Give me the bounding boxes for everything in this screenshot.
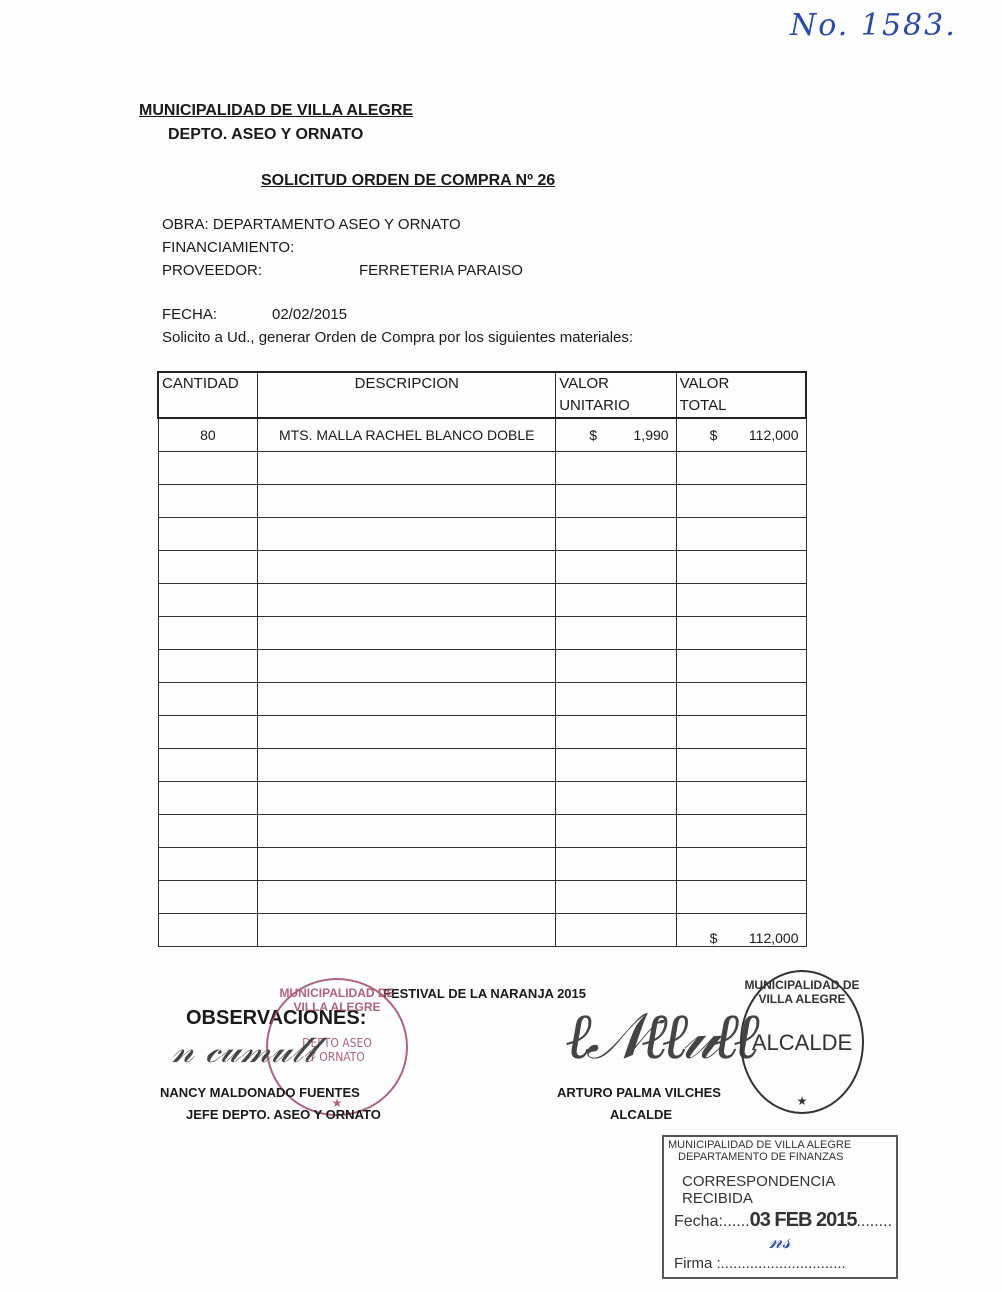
empty-cell [676, 485, 806, 518]
empty-cell [676, 551, 806, 584]
empty-cell [556, 881, 676, 914]
empty-cell [258, 782, 556, 815]
materials-table: CANTIDAD DESCRIPCION VALOR UNITARIO VALO… [157, 371, 807, 947]
empty-cell [258, 881, 556, 914]
fecha-value: 02/02/2015 [272, 306, 347, 323]
handwritten-document-number: No. 1583. [790, 8, 957, 43]
empty-cell [258, 914, 556, 947]
cell-valor-total: $112,000 [676, 418, 806, 452]
empty-cell [556, 485, 676, 518]
empty-cell [676, 782, 806, 815]
empty-cell [676, 749, 806, 782]
stamp-heading: CORRESPONDENCIA RECIBIDA [682, 1173, 896, 1207]
empty-cell [556, 683, 676, 716]
table-row-empty [158, 617, 806, 650]
table-row-empty [158, 749, 806, 782]
empty-cell [676, 848, 806, 881]
table-row-empty [158, 584, 806, 617]
table-header-row: CANTIDAD DESCRIPCION VALOR UNITARIO VALO… [158, 372, 806, 418]
empty-cell [556, 452, 676, 485]
cell-cantidad: 80 [158, 418, 258, 452]
empty-cell [258, 518, 556, 551]
received-stamp: MUNICIPALIDAD DE VILLA ALEGRE DEPARTAMEN… [662, 1135, 898, 1279]
signatory-2-name: ARTURO PALMA VILCHES [557, 1085, 721, 1100]
signatory-1-name: NANCY MALDONADO FUENTES [160, 1085, 360, 1100]
table-row-empty [158, 815, 806, 848]
empty-cell [676, 617, 806, 650]
empty-cell [556, 716, 676, 749]
empty-cell [258, 716, 556, 749]
table-row-empty [158, 452, 806, 485]
table-row-empty [158, 485, 806, 518]
empty-cell [676, 650, 806, 683]
header-valor-total-line1: VALOR [680, 375, 730, 392]
department-heading: DEPTO. ASEO Y ORNATO [168, 126, 363, 144]
star-icon: ★ [742, 1094, 862, 1108]
empty-cell [556, 650, 676, 683]
empty-cell [158, 815, 258, 848]
currency-symbol: $ [589, 427, 597, 443]
empty-cell [158, 551, 258, 584]
table-row-empty [158, 782, 806, 815]
grand-total-row: $112,000 [158, 914, 806, 947]
table-row: 80 MTS. MALLA RACHEL BLANCO DOBLE $1,990… [158, 418, 806, 452]
stamp-firma: Firma :.............................. [674, 1255, 846, 1272]
empty-cell [556, 848, 676, 881]
stamp-initials: 𝓃𝓈 [769, 1229, 791, 1254]
document-title: SOLICITUD ORDEN DE COMPRA Nº 26 [261, 172, 555, 190]
signature-scribble-2: ℓ𝒩ℓℓ𝓊ℓℓ [565, 1000, 754, 1074]
request-intro: Solicito a Ud., generar Orden de Compra … [162, 329, 633, 346]
obra-field: OBRA: DEPARTAMENTO ASEO Y ORNATO [162, 216, 461, 233]
empty-cell [676, 452, 806, 485]
seal-rim-text: MUNICIPALIDAD DE VILLA ALEGRE [742, 978, 862, 1006]
fecha-label: FECHA: [162, 306, 217, 323]
empty-cell [258, 584, 556, 617]
header-cantidad: CANTIDAD [158, 372, 258, 418]
grand-total-value: 112,000 [749, 930, 799, 946]
table-row-empty [158, 518, 806, 551]
empty-cell [556, 815, 676, 848]
header-valor-total: VALOR TOTAL [676, 372, 806, 418]
empty-cell [158, 518, 258, 551]
empty-cell [556, 551, 676, 584]
empty-cell [676, 683, 806, 716]
empty-cell [556, 749, 676, 782]
empty-cell [158, 716, 258, 749]
cell-valor-unitario: $1,990 [556, 418, 676, 452]
empty-cell [258, 815, 556, 848]
unit-value: 1,990 [634, 427, 669, 443]
currency-symbol: $ [710, 427, 718, 443]
header-descripcion: DESCRIPCION [258, 372, 556, 418]
table-row-empty [158, 551, 806, 584]
municipality-heading: MUNICIPALIDAD DE VILLA ALEGRE [139, 102, 413, 120]
empty-cell [158, 848, 258, 881]
stamp-fecha-label: Fecha: [674, 1213, 723, 1230]
proveedor-label: PROVEEDOR: [162, 262, 262, 279]
signatory-2-role: ALCALDE [610, 1107, 672, 1122]
header-valor-unitario-line1: VALOR [559, 375, 609, 392]
empty-cell [676, 518, 806, 551]
empty-cell [258, 650, 556, 683]
stamp-firma-label: Firma : [674, 1255, 721, 1272]
header-valor-total-line2: TOTAL [680, 397, 727, 414]
empty-cell [158, 914, 258, 947]
seal-center-text: ALCALDE [742, 1030, 862, 1056]
empty-cell [158, 617, 258, 650]
proveedor-value: FERRETERIA PARAISO [359, 262, 523, 279]
empty-cell [556, 518, 676, 551]
table-row-empty [158, 881, 806, 914]
empty-cell [258, 683, 556, 716]
grand-total-cell: $112,000 [676, 914, 806, 947]
empty-cell [676, 716, 806, 749]
table-row-empty [158, 716, 806, 749]
empty-cell [258, 551, 556, 584]
stamp-department: DEPARTAMENTO DE FINANZAS [678, 1151, 843, 1163]
header-valor-unitario: VALOR UNITARIO [556, 372, 676, 418]
observaciones-text: FESTIVAL DE LA NARANJA 2015 [383, 986, 586, 1001]
mayor-seal: MUNICIPALIDAD DE VILLA ALEGRE ALCALDE ★ [740, 970, 864, 1114]
currency-symbol: $ [710, 930, 718, 946]
empty-cell [258, 485, 556, 518]
empty-cell [158, 683, 258, 716]
cell-descripcion: MTS. MALLA RACHEL BLANCO DOBLE [258, 418, 556, 452]
empty-cell [158, 749, 258, 782]
seal-rim-text: MUNICIPALIDAD DE VILLA ALEGRE [268, 986, 406, 1014]
empty-cell [158, 782, 258, 815]
table-row-empty [158, 683, 806, 716]
empty-cell [158, 881, 258, 914]
total-value: 112,000 [749, 427, 799, 443]
empty-cell [676, 584, 806, 617]
empty-cell [258, 452, 556, 485]
header-valor-unitario-line2: UNITARIO [559, 397, 630, 414]
empty-cell [158, 485, 258, 518]
empty-cell [676, 881, 806, 914]
table-row-empty [158, 650, 806, 683]
signatory-1-role: JEFE DEPTO. ASEO Y ORNATO [186, 1107, 381, 1122]
empty-cell [556, 617, 676, 650]
empty-cell [676, 815, 806, 848]
empty-cell [556, 782, 676, 815]
stamp-fecha-value: 03 FEB 2015 [750, 1209, 857, 1231]
empty-cell [556, 914, 676, 947]
empty-cell [258, 848, 556, 881]
empty-cell [158, 584, 258, 617]
seal-center-line2: Y ORNATO [309, 1050, 365, 1064]
signature-scribble-1: 𝓃 𝒸𝓊𝓂𝓊𝓁𝓁 [172, 1030, 315, 1072]
empty-cell [556, 584, 676, 617]
empty-cell [258, 749, 556, 782]
financiamiento-field: FINANCIAMIENTO: [162, 239, 294, 256]
stamp-municipality: MUNICIPALIDAD DE VILLA ALEGRE [668, 1140, 851, 1151]
empty-cell [258, 617, 556, 650]
empty-cell [158, 650, 258, 683]
empty-cell [158, 452, 258, 485]
table-row-empty [158, 848, 806, 881]
